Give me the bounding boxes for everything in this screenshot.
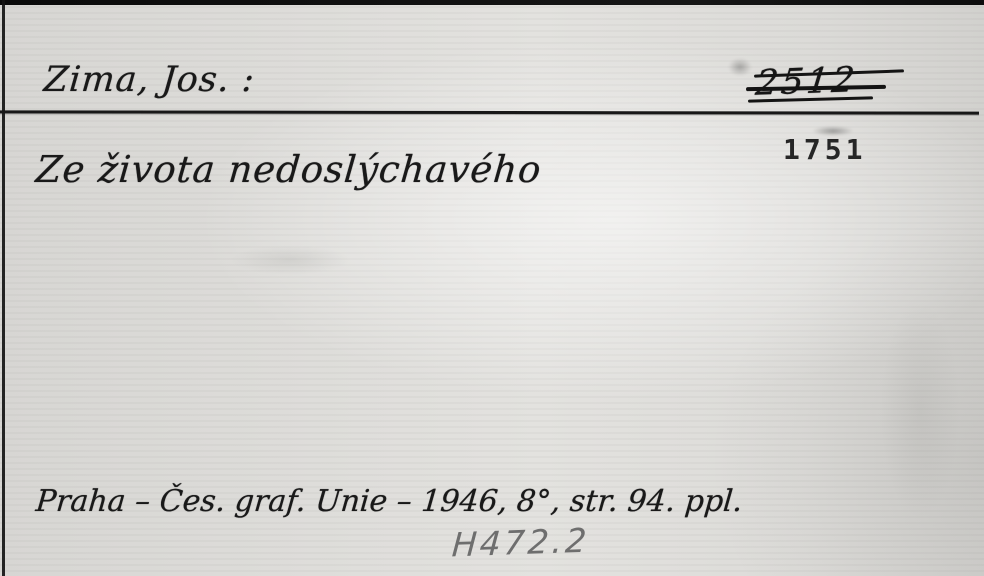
paper-smudge [230,245,350,275]
ruled-line [0,110,979,114]
scan-edge-left [2,0,5,576]
catalog-card: Zima, Jos. : 2512 1751 Ze života nedoslý… [0,0,984,576]
call-number: H472.2 [451,521,591,565]
author-heading: Zima, Jos. : [42,60,256,100]
crossed-out-number: 2512 [748,62,908,112]
imprint-line: Praha – Čes. graf. Unie – 1946, 8°, str.… [34,484,743,519]
paper-smudge [880,300,960,520]
accession-number: 1751 [783,133,866,166]
book-title: Ze života nedoslýchavého [34,148,543,191]
scan-edge-top [0,0,984,5]
